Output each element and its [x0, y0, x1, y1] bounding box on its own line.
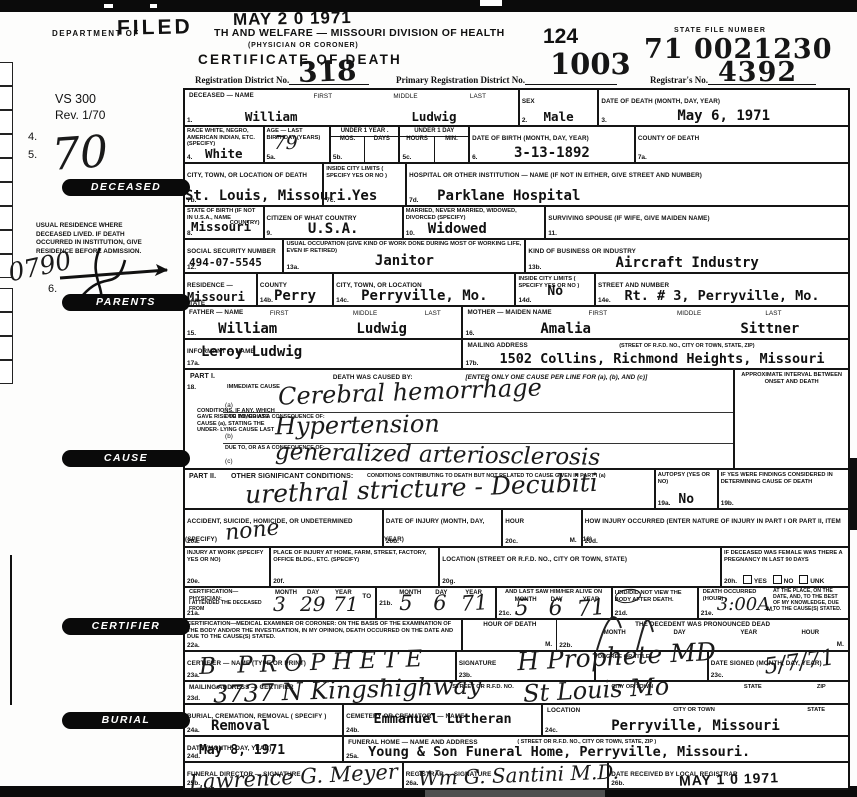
left-edge-boxes — [0, 288, 13, 384]
informant-address-sublabel: (STREET OF R.F.D. NO., CITY OR TOWN, STA… — [617, 343, 756, 349]
months-label: MOS. — [331, 136, 364, 142]
field-num-21a: 21a. — [187, 610, 200, 617]
residence-inside-limits-value: No — [516, 284, 594, 299]
hour-of-death-label: HOUR OF DEATH — [463, 620, 556, 629]
row-birth-citizen-marital: STATE OF BIRTH (IF NOT IN U.S.A., NAME C… — [185, 207, 848, 240]
field-num-20g: 20g. — [442, 578, 455, 585]
attended-to-day: 6 — [433, 591, 446, 615]
cause-a-value: Cerebral hemorrhage — [278, 373, 543, 410]
attended-from-year: 71 — [333, 592, 358, 616]
field-num-17a: 17a. — [187, 360, 200, 367]
cemetery-location-value: Perryville, Missouri — [543, 718, 848, 734]
residence-city-value: Perryville, Mo. — [334, 288, 514, 304]
row-informant: INFORMANT — NAME 17a. Leroy Ludwig MAILI… — [185, 340, 848, 370]
citizen-value: U.S.A. — [265, 221, 402, 237]
filed-stamp: FILED — [117, 15, 193, 40]
reg-district-label: Registration District No. — [195, 75, 289, 85]
primary-registration-line: Primary Registration District No. — [396, 74, 617, 85]
death-occurred-note: AT THE PLACE, ON THE DATE, AND, TO THE B… — [771, 589, 847, 613]
row-certifier-address: MAILING ADDRESS — CERTIFIER 23d. 3737 N … — [185, 682, 848, 705]
race-label: RACE WHITE, NEGRO, AMERICAN INDIAN, ETC.… — [185, 127, 263, 148]
informant-address-value: 1502 Collins, Richmond Heights, Missouri — [499, 351, 848, 367]
physician-coroner-subtitle: (PHYSICIAN OR CORONER) — [248, 42, 359, 49]
autopsy-label: AUTOPSY (YES OR NO) — [656, 470, 717, 485]
last-seen-label: AND LAST SAW HIM/HER ALIVE ON — [497, 588, 611, 596]
primary-reg-label: Primary Registration District No. — [396, 75, 525, 85]
row-cause-part2: PART II. OTHER SIGNIFICANT CONDITIONS: C… — [185, 470, 848, 510]
date-of-birth-value: 3-13-1892 — [470, 145, 634, 161]
marital-status-label: MARRIED, NEVER MARRIED, WIDOWED, DIVORCE… — [404, 207, 545, 221]
scan-top-band — [0, 0, 857, 12]
pregnancy-yes-checkbox — [743, 575, 752, 584]
registrar-no-line: Registrar's No. — [650, 74, 816, 85]
field-num-15: 15. — [187, 330, 196, 337]
burial-date-value: May 8, 1971 — [199, 743, 342, 758]
ssn-value: 494-07-5545 — [189, 256, 282, 269]
field-num-19b: 19b. — [721, 500, 734, 507]
father-middle-label: MIDDLE — [351, 309, 379, 318]
pregnancy-unk-checkbox — [799, 575, 808, 584]
state-label: STATE — [742, 684, 764, 691]
pregnancy-no-checkbox — [773, 575, 782, 584]
field-num-10: 10. — [406, 230, 415, 237]
days-label: DAYS — [365, 136, 398, 142]
field-num-5c: 5c. — [402, 154, 411, 161]
date-of-death-value: May 6, 1971 — [599, 108, 848, 124]
attended-from-day: 29 — [300, 592, 325, 616]
cemetery-value: Emmanuel Lutheran — [344, 711, 541, 727]
field-num-5a: 5a. — [267, 154, 276, 161]
attended-to-month: 5 — [399, 591, 412, 615]
autopsy-value: No — [656, 492, 717, 507]
state-of-birth-value: Missouri — [191, 219, 263, 234]
cert-coroner-label: CERTIFICATION—MEDICAL EXAMINER OR CORONE… — [185, 620, 461, 641]
cem-city-label: CITY OR TOWN — [671, 707, 717, 714]
father-first-label: FIRST — [268, 309, 291, 318]
cause-b-value: Hypertension — [275, 410, 440, 441]
father-name-label: FATHER — NAME — [187, 308, 245, 317]
row-funeral-home: DATE (MONTH, DAY, YEAR) 24d. May 8, 1971… — [185, 737, 848, 763]
interval-column: APPROXIMATE INTERVAL BETWEEN ONSET AND D… — [733, 370, 848, 468]
funeral-home-value: Young & Son Funeral Home, Perryville, Mi… — [368, 744, 848, 760]
field-num-22a: 22a. — [187, 642, 200, 649]
inside-city-limits-label: INSIDE CITY LIMITS ( SPECIFY YES OR NO ) — [324, 164, 405, 179]
field-num-20c: 20c. — [505, 538, 518, 545]
street-number-value: Rt. # 3, Perryville, Mo. — [596, 288, 848, 304]
field-num-25a: 25a. — [346, 753, 359, 760]
filed-date-stamp: MAY 2 0 1971 — [233, 8, 352, 30]
last-seen-month: 5 — [515, 596, 529, 621]
county-of-death-label: COUNTY OF DEATH — [636, 134, 701, 143]
mother-last-label: LAST — [763, 309, 783, 318]
mother-middle-label: MIDDLE — [675, 309, 703, 318]
city-of-death-label: CITY, TOWN, OR LOCATION OF DEATH — [185, 171, 309, 180]
informant-value: Leroy Ludwig — [201, 344, 461, 360]
inside-city-limits-value: Yes — [324, 188, 405, 204]
injury-hour-m: M. — [568, 536, 579, 545]
row-place-of-death: CITY, TOWN, OR LOCATION OF DEATH 7b. St.… — [185, 164, 848, 207]
field-num-20f: 20f. — [273, 578, 284, 585]
part2-label: PART II. — [187, 472, 218, 482]
scan-top-notch — [104, 4, 113, 8]
registration-district-line: Registration District No. — [195, 74, 369, 85]
field-num-23a: 23a. — [187, 672, 200, 679]
certificate-form: DECEASED — NAME FIRST MIDDLE LAST 1. Wil… — [183, 88, 850, 790]
tab-burial: BURIAL — [62, 712, 190, 729]
row-cause-part1: APPROXIMATE INTERVAL BETWEEN ONSET AND D… — [185, 370, 848, 470]
first-col-label: FIRST — [311, 92, 334, 101]
injury-location-label: LOCATION (STREET OR R.F.D. NO., CITY OR … — [440, 555, 629, 564]
deceased-name-label: DECEASED — NAME — [187, 91, 256, 100]
death-certificate-scan: DEPARTMENT OF FILED TH AND WELFARE — MIS… — [0, 0, 857, 797]
sex-value: Male — [520, 109, 598, 124]
field-num-21b: 21b. — [379, 600, 392, 607]
row-deceased-name: DECEASED — NAME FIRST MIDDLE LAST 1. Wil… — [185, 90, 848, 127]
field-num-20h: 20h. — [724, 578, 737, 585]
findings-label: IF YES WERE FINDINGS CONSIDERED IN DETER… — [719, 470, 848, 485]
funeral-director-signature: Lawrence G. Meyer — [189, 760, 399, 795]
pregnancy-no-label: NO — [784, 578, 794, 585]
field-num-24a: 24a. — [187, 727, 200, 734]
row-injury-place: INJURY AT WORK (SPECIFY YES OR NO) 20e. … — [185, 548, 848, 588]
handwritten-70: 70 — [50, 126, 109, 181]
burial-type-value: Removal — [211, 718, 342, 734]
attended-to-year: 71 — [460, 590, 488, 616]
field-num-16: 16. — [465, 330, 474, 337]
conditions-note: CONDITIONS, IF ANY, WHICH GAVE RISE TO I… — [195, 408, 281, 434]
industry-value: Aircraft Industry — [526, 255, 848, 271]
part1-label: PART I. — [188, 372, 217, 382]
age-value: 79 — [274, 132, 298, 154]
tab-cause: CAUSE — [62, 450, 190, 467]
city-of-death-value: St. Louis, Missouri. — [185, 188, 322, 204]
field-num-11: 11. — [548, 230, 557, 237]
row-burial: BURIAL, CREMATION, REMOVAL ( SPECIFY ) 2… — [185, 705, 848, 737]
mother-last-value: Sittner — [740, 321, 848, 337]
field-num-23d: 23d. — [187, 695, 200, 702]
field-num-5b: 5b. — [333, 154, 342, 161]
zip-label: ZIP — [815, 684, 828, 691]
race-value: White — [185, 146, 263, 161]
pronounced-m: M. — [835, 640, 846, 649]
field-num-26a: 26a. — [406, 780, 419, 787]
field-num-24b: 24b. — [346, 727, 359, 734]
mother-name-label: MOTHER — MAIDEN NAME — [465, 308, 553, 317]
field-num-1: 1. — [187, 117, 192, 124]
row-residence: RESIDENCE — STATE 14a. Missouri COUNTY 1… — [185, 274, 848, 307]
death-hour-value: 3:00A — [717, 594, 770, 615]
occupation-label: USUAL OCCUPATION (GIVE KIND OF WORK DONE… — [284, 240, 524, 254]
accident-value: none — [224, 515, 281, 546]
row-parents: FATHER — NAME FIRST MIDDLE LAST 15. Will… — [185, 307, 848, 340]
row-signatures: FUNERAL DIRECTOR — SIGNATURE 25b. Lawren… — [185, 763, 848, 790]
form-code: VS 300 — [55, 92, 96, 106]
middle-col-label: MIDDLE — [391, 92, 419, 101]
hospital-value: Parklane Hospital — [437, 188, 848, 204]
to-label: TO — [360, 592, 373, 601]
last-col-label: LAST — [468, 92, 488, 101]
surviving-spouse-label: SURVIVING SPOUSE (IF WIFE, GIVE MAIDEN N… — [546, 214, 711, 223]
field-num-20e: 20e. — [187, 578, 200, 585]
field-num-21c: 21c. — [499, 610, 512, 617]
attended-from-month: 3 — [273, 592, 286, 616]
last-seen-day: 6 — [549, 596, 563, 621]
injury-hour-label: HOUR — [503, 517, 526, 526]
row-ssn-occupation: SOCIAL SECURITY NUMBER 12. 494-07-5545 U… — [185, 240, 848, 274]
scan-top-notch — [480, 0, 502, 6]
field-num-20a: 20a. — [187, 538, 200, 545]
row-certification-physician: CERTIFICATION— PHYSICIAN: I ATTENDED THE… — [185, 588, 848, 620]
residence-county-value: Perry — [258, 288, 332, 304]
cause-line-c-label: (c) — [223, 457, 235, 466]
pregnancy-unk-label: UNK — [810, 578, 824, 585]
approx-interval-label: APPROXIMATE INTERVAL BETWEEN ONSET AND D… — [735, 370, 848, 387]
field-num-7d: 7d. — [409, 197, 418, 204]
field-num-18: 18. — [187, 384, 196, 391]
signature-label: SIGNATURE — [457, 659, 499, 668]
place-of-injury-label: PLACE OF INJURY AT HOME, FARM, STREET, F… — [271, 548, 438, 563]
cause-c-value: generalized arteriosclerosis — [275, 439, 601, 471]
marital-status-value: Widowed — [428, 221, 545, 237]
pregnancy-label: IF DECEASED WAS FEMALE WAS THERE A PREGN… — [722, 548, 848, 563]
year-label: YEAR — [740, 630, 757, 636]
left-edge-boxes — [0, 62, 13, 278]
tab-certifier: CERTIFIER — [62, 618, 190, 635]
minutes-label: MIN. — [435, 136, 468, 142]
margin-item-5: 5. — [28, 149, 37, 161]
occupation-value: Janitor — [284, 253, 524, 269]
hospital-label: HOSPITAL OR OTHER INSTITUTION — NAME (IF… — [407, 171, 704, 180]
field-num-7a: 7a. — [638, 154, 647, 161]
informant-address-label: MAILING ADDRESS — [465, 341, 529, 350]
state-file-number-label: STATE FILE NUMBER — [674, 27, 766, 34]
date-received-stamp: MAY 1 0 1971 — [679, 769, 779, 788]
father-last-label: LAST — [423, 309, 443, 318]
field-num-20b: 20b. — [386, 538, 399, 545]
row-accident: ACCIDENT, SUICIDE, HOMICIDE, OR UNDETERM… — [185, 510, 848, 548]
left-edge-line — [10, 555, 12, 705]
scan-top-notch — [150, 4, 157, 8]
pregnancy-yes-label: YES — [754, 578, 767, 585]
hour-label: HOUR — [801, 630, 819, 636]
tab-parents: PARENTS — [62, 294, 190, 311]
cem-state-label: STATE — [805, 707, 827, 714]
mother-first-label: FIRST — [587, 309, 610, 318]
date-of-birth-label: DATE OF BIRTH (MONTH, DAY, YEAR) — [470, 134, 591, 143]
tab-deceased: DECEASED — [62, 179, 190, 196]
hours-label: HOURS — [400, 136, 433, 142]
date-of-death-label: DATE OF DEATH (MONTH, DAY, YEAR) — [599, 97, 722, 106]
field-num-23c: 23c. — [711, 672, 724, 679]
cemetery-location-label: LOCATION — [545, 706, 582, 715]
father-last-value: Ludwig — [356, 321, 461, 337]
form-revision: Rev. 1/70 — [55, 108, 105, 122]
pregnancy-options: 20h. YES NO UNK — [724, 575, 824, 585]
field-num-17b: 17b. — [465, 360, 478, 367]
residence-state-value: Missouri — [187, 290, 256, 304]
margin-item-4: 4. — [28, 131, 37, 143]
injury-at-work-label: INJURY AT WORK (SPECIFY YES OR NO) — [185, 548, 269, 563]
deceased-last-name: Ludwig — [411, 109, 518, 124]
registrar-signature: Wm G. Santini M.D. — [417, 760, 619, 791]
row-race-age-dob: RACE WHITE, NEGRO, AMERICAN INDIAN, ETC.… — [185, 127, 848, 164]
death-hour-m: M. — [765, 605, 776, 614]
registrar-no-label: Registrar's No. — [650, 75, 708, 85]
stamp-124: 124 — [543, 25, 578, 49]
ssn-label: SOCIAL SECURITY NUMBER — [185, 247, 278, 256]
sex-label: SEX — [520, 97, 537, 106]
field-num-20d: 20d. — [585, 538, 598, 545]
how-injury-label: HOW INJURY OCCURRED (ENTER NATURE OF INJ… — [583, 517, 841, 544]
